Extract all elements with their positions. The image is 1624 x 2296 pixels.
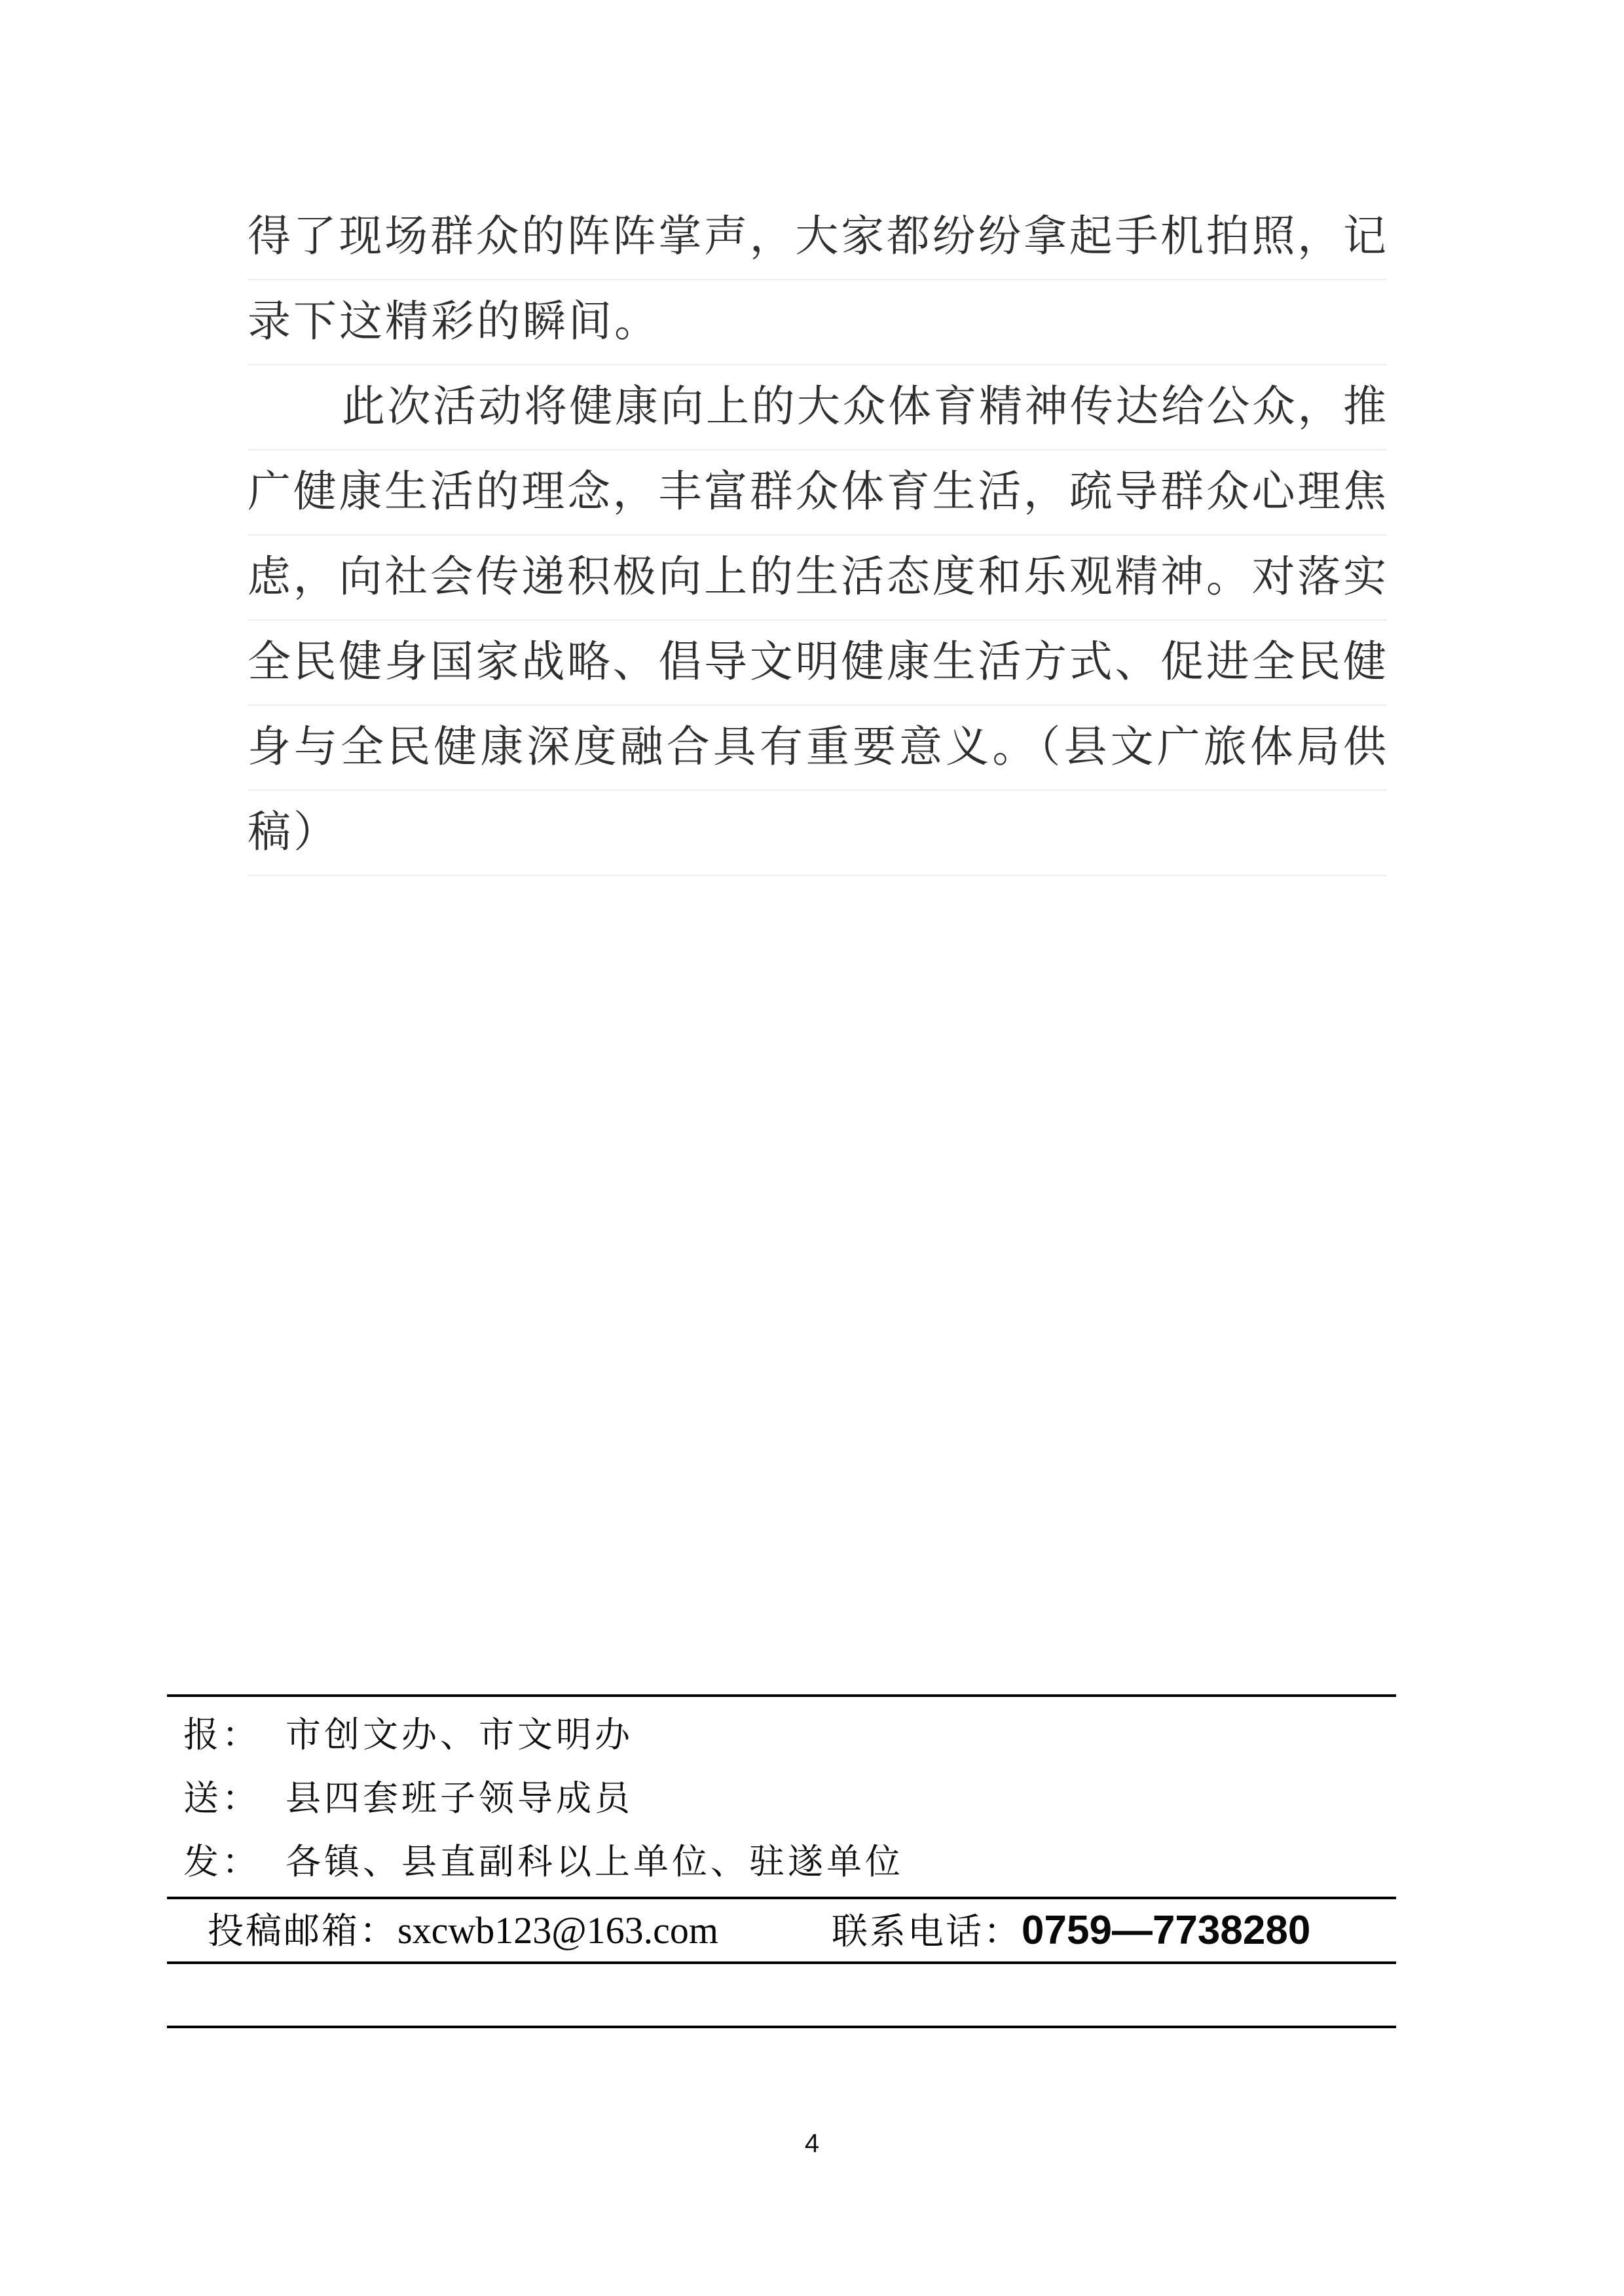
- document-page: 得了现场群众的阵阵掌声，大家都纷纷拿起手机拍照，记 录下这精彩的瞬间。 此次活动…: [0, 0, 1624, 2296]
- distribution-label: 发：: [183, 1842, 261, 1882]
- distribution-line-song: 送：县四套班子领导成员: [183, 1767, 904, 1831]
- phone-group: 联系电话：0759—7738280: [832, 1899, 1310, 1961]
- footer-rule-middle-2: [167, 1961, 1396, 1964]
- body-text-block: 得了现场群众的阵阵掌声，大家都纷纷拿起手机拍照，记 录下这精彩的瞬间。 此次活动…: [248, 195, 1387, 876]
- body-text-line: 稿）: [248, 791, 1387, 876]
- distribution-line-fa: 发：各镇、县直副科以上单位、驻遂单位: [183, 1831, 904, 1894]
- body-text-line: 虑，向社会传递积极向上的生活态度和乐观精神。对落实: [248, 536, 1387, 621]
- footer-rule-bottom: [167, 2026, 1396, 2028]
- distribution-label: 报：: [183, 1715, 261, 1755]
- phone-number: 0759—7738280: [1022, 1908, 1310, 1953]
- phone-label: 联系电话：: [832, 1912, 1022, 1952]
- body-text-line: 全民健身国家战略、倡导文明健康生活方式、促进全民健: [248, 621, 1387, 706]
- email-label: 投稿邮箱：: [208, 1911, 397, 1951]
- body-text-line: 身与全民健康深度融合具有重要意义。（县文广旅体局供: [248, 706, 1387, 791]
- body-text-line: 此次活动将健康向上的大众体育精神传达给公众，推: [248, 365, 1387, 450]
- distribution-block: 报：市创文办、市文明办 送：县四套班子领导成员 发：各镇、县直副科以上单位、驻遂…: [183, 1704, 904, 1894]
- email-address: sxcwb123@163.com: [397, 1909, 718, 1952]
- body-text-line: 录下这精彩的瞬间。: [248, 280, 1387, 365]
- distribution-line-bao: 报：市创文办、市文明办: [183, 1704, 904, 1767]
- distribution-value: 市创文办、市文明办: [286, 1715, 633, 1755]
- distribution-value: 各镇、县直副科以上单位、驻遂单位: [286, 1842, 904, 1882]
- footer-rule-top: [167, 1694, 1396, 1697]
- email-group: 投稿邮箱：sxcwb123@163.com: [208, 1899, 718, 1961]
- body-text-line: 广健康生活的理念，丰富群众体育生活，疏导群众心理焦: [248, 450, 1387, 536]
- contact-row: 投稿邮箱：sxcwb123@163.com 联系电话：0759—7738280: [167, 1899, 1396, 1961]
- page-number: 4: [0, 2129, 1624, 2159]
- distribution-value: 县四套班子领导成员: [286, 1779, 633, 1818]
- body-text-line: 得了现场群众的阵阵掌声，大家都纷纷拿起手机拍照，记: [248, 195, 1387, 280]
- distribution-label: 送：: [183, 1779, 261, 1818]
